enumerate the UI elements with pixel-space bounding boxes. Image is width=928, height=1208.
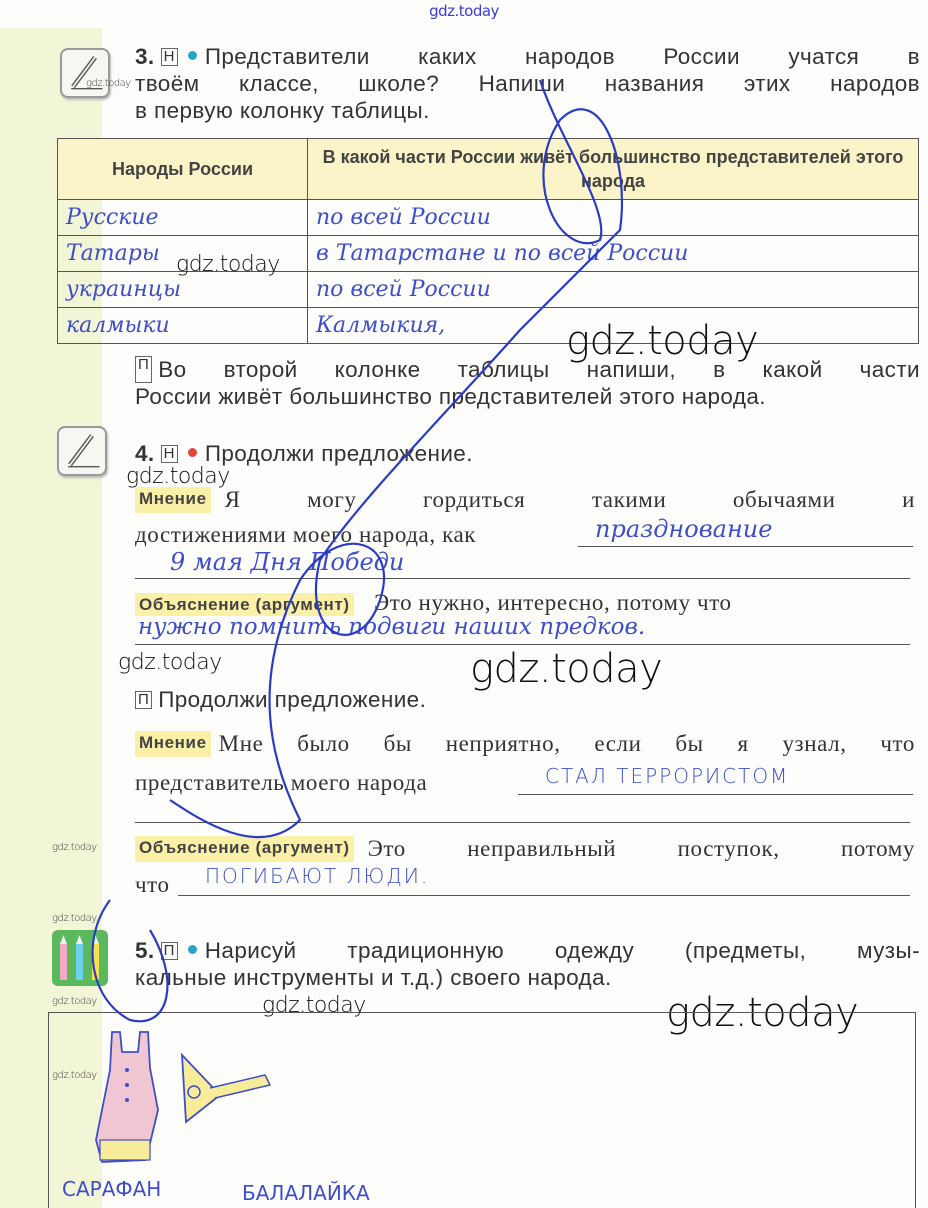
watermark-large: gdz.today bbox=[470, 646, 662, 692]
task4-sub-title: Продолжи предложение. bbox=[158, 687, 426, 712]
table-cell-people[interactable]: Русские bbox=[58, 200, 308, 236]
task3-level-marker: Н bbox=[161, 48, 178, 66]
table-cell-region[interactable]: в Татарстане и по всей России bbox=[308, 236, 919, 272]
answer4-text: ПОГИБАЮТ ЛЮДИ. bbox=[205, 864, 429, 888]
answer-line[interactable] bbox=[518, 794, 913, 795]
task4-level-marker: Н bbox=[161, 445, 178, 463]
table-cell-region[interactable]: по всей России bbox=[308, 200, 919, 236]
watermark-small: gdz.today bbox=[52, 996, 97, 1007]
task4-title: 4.НПродолжи предложение. bbox=[135, 440, 473, 467]
task4-subtask-title: ППродолжи предложение. bbox=[135, 686, 426, 713]
explanation2-line1: Это неправильный поступок, потому bbox=[368, 836, 915, 862]
task5-number: 5. bbox=[135, 938, 155, 963]
task5-text-line2: кальные инструменты и т.д.) своего народ… bbox=[135, 964, 920, 991]
watermark-small: gdz.today bbox=[86, 78, 131, 89]
task4-explanation1: Объяснение (аргумент) Это нужно, интерес… bbox=[135, 590, 732, 616]
table-header-region: В какой части России живёт большинство п… bbox=[308, 139, 919, 200]
explanation-label: Объяснение (аргумент) bbox=[135, 836, 354, 862]
answer2-text: нужно помнить подвиги наших предков. bbox=[138, 614, 645, 640]
explanation1-text: Это нужно, интересно, потому что bbox=[374, 590, 732, 615]
drawing-area[interactable] bbox=[48, 1012, 916, 1208]
answer-line[interactable] bbox=[135, 644, 910, 645]
task4-opinion1: Мнение Я могу гордиться такими обычаями … bbox=[135, 487, 915, 513]
task3-subtask: ПВо второй колонке таблицы напиши, в как… bbox=[135, 356, 920, 410]
opinion2-line2: представитель моего народа bbox=[135, 770, 427, 796]
opinion-label: Мнение bbox=[135, 487, 211, 513]
explanation2-line2: что bbox=[135, 872, 170, 898]
task3-sub-line2: России живёт большинство представителей … bbox=[135, 383, 920, 410]
colored-pencils-icon bbox=[52, 930, 108, 986]
answer-line[interactable] bbox=[135, 578, 910, 579]
task5-dot-icon bbox=[188, 945, 197, 954]
task5-text-line1: Нарисуй традиционную одежду (предметы, м… bbox=[205, 937, 920, 964]
task3-text-line3: в первую колонку таблицы. bbox=[135, 97, 920, 124]
task4-sub-marker: П bbox=[135, 691, 152, 709]
opinion-label: Мнение bbox=[135, 731, 211, 757]
watermark-medium: gdz.today bbox=[176, 252, 280, 277]
pencil-icon bbox=[60, 48, 110, 98]
watermark-small: gdz.today bbox=[52, 913, 97, 924]
watermark-top: gdz.today bbox=[0, 2, 928, 20]
task3-number: 3. bbox=[135, 44, 155, 69]
table-cell-people[interactable]: калмыки bbox=[58, 308, 308, 344]
watermark-small: gdz.today bbox=[52, 1070, 97, 1081]
task5-level-marker: П bbox=[161, 942, 178, 960]
table-cell-region[interactable]: по всей России bbox=[308, 272, 919, 308]
pencil-icon bbox=[57, 426, 107, 476]
answer-line[interactable] bbox=[578, 546, 913, 547]
opinion2-line1: Мне было бы неприятно, если бы я узнал, … bbox=[219, 731, 915, 757]
opinion1-line1: Я могу гордиться такими обычаями и bbox=[225, 487, 915, 513]
table-row: калмыкиКалмыкия, bbox=[58, 308, 919, 344]
peoples-table: Народы России В какой части России живёт… bbox=[57, 138, 919, 344]
task3-text-line2: твоём классе, школе? Напиши названия эти… bbox=[135, 70, 920, 97]
explanation-label: Объяснение (аргумент) bbox=[135, 593, 354, 616]
task3-dot-icon bbox=[188, 51, 197, 60]
answer3-text: СТАЛ ТЕРРОРИСТОМ bbox=[545, 764, 789, 788]
opinion1-line2: достижениями моего народа, как bbox=[135, 522, 476, 548]
table-row: Русскиепо всей России bbox=[58, 200, 919, 236]
task5-prompt: 5.ПНарисуй традиционную одежду (предметы… bbox=[135, 937, 920, 991]
answer1-line2: 9 мая Дня Победи bbox=[170, 548, 404, 576]
task3-text-line1: Представители каких народов России учатс… bbox=[205, 43, 920, 70]
watermark-small: gdz.today bbox=[52, 842, 97, 853]
task4-number: 4. bbox=[135, 441, 155, 466]
task4-explanation2: Объяснение (аргумент) Это неправильный п… bbox=[135, 836, 915, 862]
watermark-medium: gdz.today bbox=[126, 464, 230, 489]
task3-prompt: 3.НПредставители каких народов России уч… bbox=[135, 43, 920, 124]
task4-title-text: Продолжи предложение. bbox=[205, 441, 473, 466]
task4-opinion2: Мнение Мне было бы неприятно, если бы я … bbox=[135, 731, 915, 757]
answer-line[interactable] bbox=[178, 895, 910, 896]
watermark-medium: gdz.today bbox=[118, 650, 222, 675]
task3-sub-marker: П bbox=[135, 356, 152, 383]
table-header-peoples: Народы России bbox=[58, 139, 308, 200]
answer1-line1: празднование bbox=[595, 515, 772, 543]
task3-sub-line1: Во второй колонке таблицы напиши, в како… bbox=[158, 356, 920, 383]
task4-dot-icon bbox=[188, 448, 197, 457]
answer-line[interactable] bbox=[135, 822, 910, 823]
